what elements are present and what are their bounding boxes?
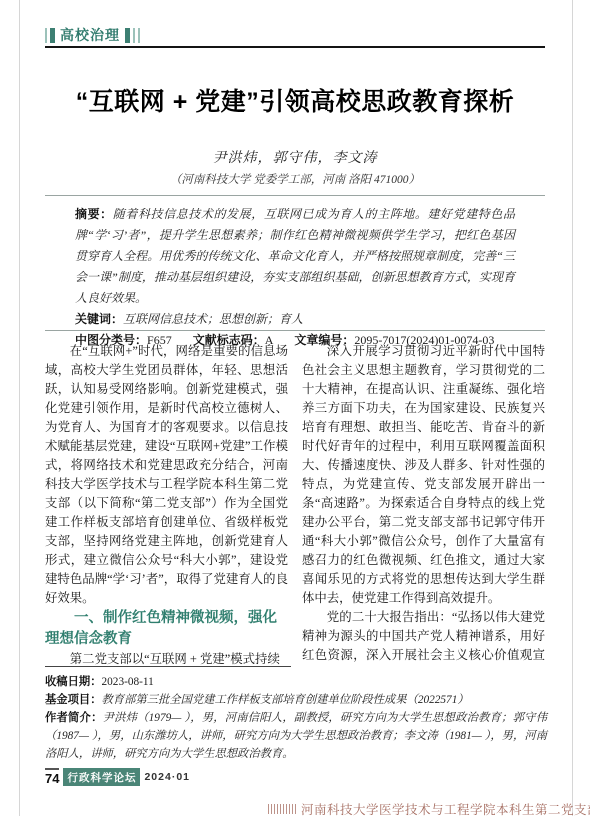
footnote-rule xyxy=(45,666,291,667)
fund-project-value: 教育部第三批全国党建工作样板支部培育创建单位阶段性成果（2022571） xyxy=(102,694,469,706)
article-title: “互联网 + 党建”引领高校思政教育探析 xyxy=(0,82,590,118)
body-column-left: 在“互联网+”时代，网络是重要的信息场域，高校大学生党团员群体，年轻、思想活跃，… xyxy=(45,342,288,666)
abstract-text: 随着科技信息技术的发展，互联网已成为育人的主阵地。建好党建特色品牌“学‘习’者”… xyxy=(75,207,515,305)
fund-project-label: 基金项目： xyxy=(45,694,102,706)
badge-bar-icon xyxy=(125,28,130,43)
received-date-label: 收稿日期： xyxy=(45,676,102,688)
section-heading-1: 一、制作红色精神微视频，强化理想信念教育 xyxy=(45,608,288,650)
paper-page: 高校治理 “互联网 + 党建”引领高校思政教育探析 尹洪炜，郭守伟，李文涛 （河… xyxy=(0,0,590,816)
body-paragraph: 党的二十大报告指出：“弘扬以伟大建党精神为源头的中国共产党人精神谱系，用好红色资… xyxy=(302,608,545,666)
journal-name-badge: 行政科学论坛 xyxy=(63,768,140,786)
body-column-right: 深入开展学习贯彻习近平新时代中国特色社会主义思想主题教育，学习贯彻党的二十大精神… xyxy=(302,342,545,666)
category-badge: 高校治理 xyxy=(45,25,140,45)
article-authors: 尹洪炜，郭守伟，李文涛 xyxy=(0,147,590,167)
stamp-text: 河南科技大学医学技术与工程学院本科生第二党支部 xyxy=(301,800,590,816)
body-paragraph: 第二党支部以“互联网 + 党建”模式持续 xyxy=(45,650,288,666)
badge-bar-icon xyxy=(45,28,47,43)
author-bio-line: 作者简介：尹洪炜（1979— ），男，河南信阳人，副教授，研究方向为大学生思想政… xyxy=(45,709,547,763)
badge-bar-icon xyxy=(133,28,135,43)
badge-bar-icon xyxy=(50,28,55,43)
article-body: 在“互联网+”时代，网络是重要的信息场域，高校大学生党团员群体，年轻、思想活跃，… xyxy=(45,342,545,666)
received-date-line: 收稿日期：2023-08-11 xyxy=(45,673,547,691)
body-paragraph: 深入开展学习贯彻习近平新时代中国特色社会主义思想主题教育，学习贯彻党的二十大精神… xyxy=(302,342,545,608)
article-affiliation: （河南科技大学 党委学工部，河南 洛阳 471000） xyxy=(0,171,590,187)
issue-number: 2024·01 xyxy=(144,771,190,783)
keywords-text: 互联网信息技术；思想创新；育人 xyxy=(123,312,303,326)
author-bio-value: 尹洪炜（1979— ），男，河南信阳人，副教授，研究方向为大学生思想政治教育；郭… xyxy=(45,712,547,760)
category-badge-label: 高校治理 xyxy=(58,25,122,45)
keywords: 关键词：互联网信息技术；思想创新；育人 xyxy=(75,309,515,330)
meta-block: 摘要：随着科技信息技术的发展，互联网已成为育人的主阵地。建好党建特色品牌“学‘习… xyxy=(75,204,515,351)
body-divider-rule xyxy=(45,330,545,331)
branch-stamp: 河南科技大学医学技术与工程学院本科生第二党支部 xyxy=(268,800,590,816)
meta-divider-rule xyxy=(45,195,545,196)
page-number: 74 xyxy=(45,768,59,786)
keywords-label: 关键词： xyxy=(75,312,123,326)
header-rule xyxy=(45,46,545,48)
page-footer: 74 行政科学论坛 2024·01 xyxy=(45,768,190,786)
abstract: 摘要：随着科技信息技术的发展，互联网已成为育人的主阵地。建好党建特色品牌“学‘习… xyxy=(75,204,515,309)
fund-project-line: 基金项目：教育部第三批全国党建工作样板支部培育创建单位阶段性成果（2022571… xyxy=(45,691,547,709)
body-paragraph: 在“互联网+”时代，网络是重要的信息场域，高校大学生党团员群体，年轻、思想活跃，… xyxy=(45,342,288,608)
page-edge-line-left xyxy=(19,0,20,816)
page-edge-line-right xyxy=(572,0,573,816)
abstract-label: 摘要： xyxy=(75,207,113,221)
received-date-value: 2023-08-11 xyxy=(102,676,154,688)
footnotes-block: 收稿日期：2023-08-11 基金项目：教育部第三批全国党建工作样板支部培育创… xyxy=(45,673,547,763)
author-bio-label: 作者简介： xyxy=(45,712,103,724)
badge-bar-icon xyxy=(138,28,140,43)
stamp-seal-marks-icon xyxy=(268,804,298,814)
